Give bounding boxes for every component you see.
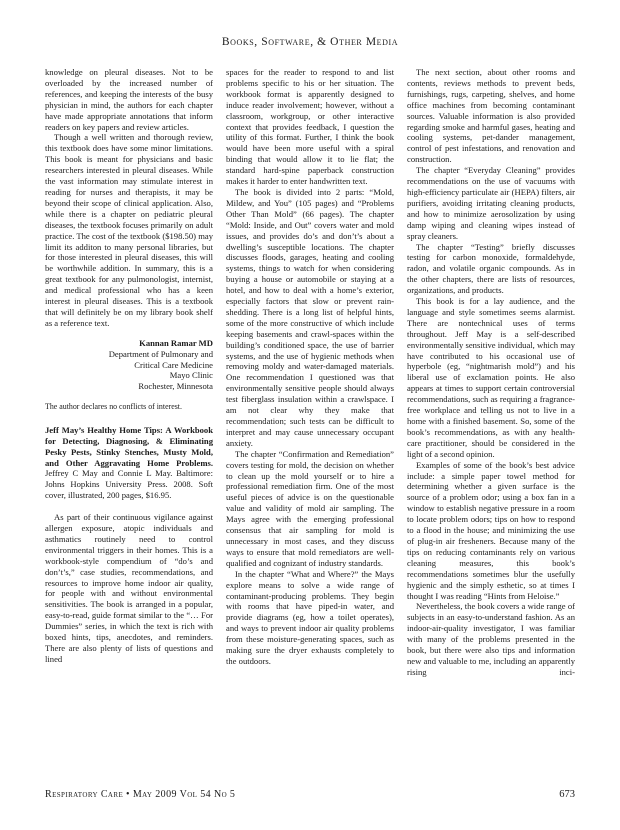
article-body: knowledge on pleural diseases. Not to be… (45, 67, 575, 789)
author-name: Kannan Ramar MD (45, 338, 213, 349)
body-paragraph: The chapter “Confirmation and Remediatio… (226, 449, 394, 569)
book-citation-details: Jeffrey C May and Connie L May. Baltimor… (45, 468, 213, 500)
author-affiliation-line: Critical Care Medicine (45, 360, 213, 371)
body-paragraph: The next section, about other rooms and … (407, 67, 575, 165)
body-paragraph: Nevertheless, the book covers a wide ran… (407, 601, 575, 677)
author-affiliation-line: Department of Pulmonary and (45, 349, 213, 360)
page-footer: Respiratory Care • May 2009 Vol 54 No 5 … (45, 789, 575, 800)
author-affiliation-line: Mayo Clinic (45, 370, 213, 381)
author-signature: Kannan Ramar MD Department of Pulmonary … (45, 338, 213, 393)
body-paragraph: Examples of some of the book’s best advi… (407, 460, 575, 602)
body-paragraph: The chapter “Everyday Cleaning” provides… (407, 165, 575, 241)
journal-page: Books, Software, & Other Media knowledge… (0, 0, 620, 830)
book-citation-title: Jeff May’s Healthy Home Tips: A Workbook… (45, 425, 213, 468)
body-paragraph: knowledge on pleural diseases. Not to be… (45, 67, 213, 132)
page-number: 673 (559, 789, 575, 800)
body-paragraph: In the chapter “What and Where?” the May… (226, 569, 394, 667)
body-paragraph: Though a well written and thorough revie… (45, 132, 213, 328)
body-paragraph: As part of their continuous vigilance ag… (45, 512, 213, 665)
book-citation: Jeff May’s Healthy Home Tips: A Workbook… (45, 425, 213, 501)
column-1: knowledge on pleural diseases. Not to be… (45, 67, 213, 789)
column-3: The next section, about other rooms and … (407, 67, 575, 789)
column-2: spaces for the reader to respond to and … (226, 67, 394, 789)
body-paragraph: spaces for the reader to respond to and … (226, 67, 394, 187)
journal-footline: Respiratory Care • May 2009 Vol 54 No 5 (45, 789, 235, 800)
body-paragraph: The book is divided into 2 parts: “Mold,… (226, 187, 394, 449)
author-affiliation-line: Rochester, Minnesota (45, 381, 213, 392)
body-paragraph: This book is for a lay audience, and the… (407, 296, 575, 460)
disclosure-note: The author declares no conflicts of inte… (45, 402, 213, 413)
section-title: Books, Software, & Other Media (222, 36, 398, 48)
body-paragraph: The chapter “Testing” briefly discusses … (407, 242, 575, 297)
running-head: Books, Software, & Other Media (0, 36, 620, 48)
